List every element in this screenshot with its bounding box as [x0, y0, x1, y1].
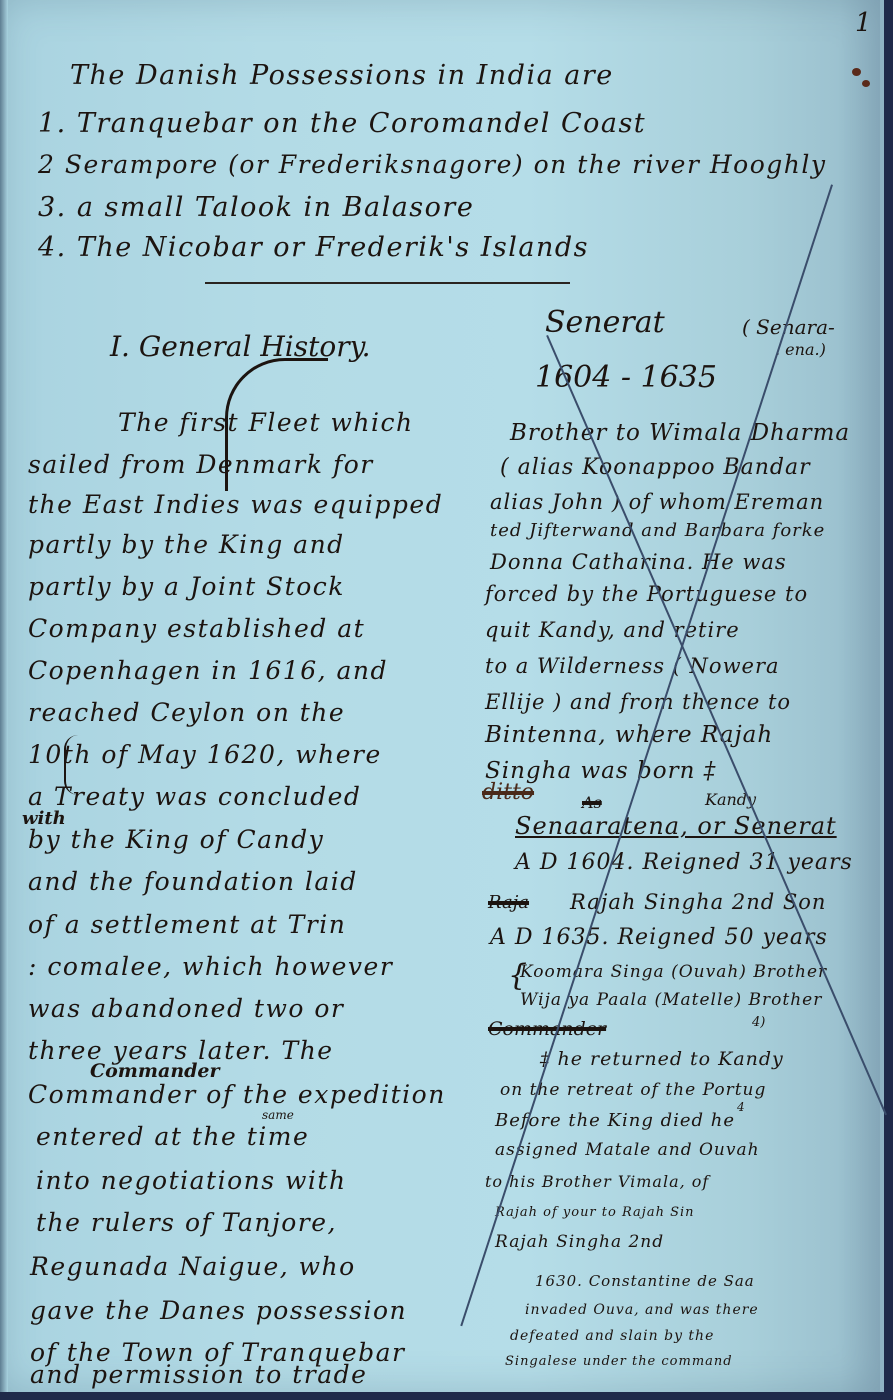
text-line: sailed from Denmark for: [28, 450, 374, 479]
margin-note: 4): [752, 1015, 765, 1030]
reign-years: 1604 - 1635: [535, 360, 717, 395]
inserted-word: Commander: [90, 1060, 220, 1082]
text-line: into negotiations with: [36, 1166, 347, 1195]
text-line: to a Wilderness ( Nowera: [485, 654, 780, 678]
page-left-edge: [0, 0, 8, 1392]
footnote-line: assigned Matale and Ouvah: [495, 1140, 760, 1160]
ruler-name-alt-cont: . ena.): [775, 340, 826, 359]
text-line: quit Kandy, and retire: [485, 618, 740, 642]
text-line: ( alias Koonappoo Bandar: [500, 455, 811, 480]
reign-entry: Koomara Singa (Ouvah) Brother: [520, 962, 827, 982]
reign-entry: Senaaratena, or Senerat: [515, 812, 837, 840]
text-line: a Treaty was concluded: [28, 782, 361, 811]
text-line: ted Jifterwand and Barbara forke: [490, 520, 825, 541]
footnote-line: 1630. Constantine de Saa: [535, 1272, 755, 1290]
possession-item-1: 1. Tranquebar on the Coromandel Coast: [38, 108, 646, 139]
text-line: gave the Danes possession: [30, 1296, 407, 1325]
text-line: alias John ) of whom Ereman: [490, 490, 824, 514]
text-line: and permission to trade: [30, 1360, 367, 1389]
ink-spot: [862, 80, 870, 87]
text-line: Commander of the expedition: [28, 1080, 446, 1109]
struck-word: As: [582, 793, 602, 812]
reign-entry: A D 1635. Reigned 50 years: [490, 925, 828, 950]
text-line: the East Indies was equipped: [28, 490, 443, 519]
text-line: Copenhagen in 1616, and: [28, 656, 388, 685]
possession-item-3: 3. a small Talook in Balasore: [38, 192, 474, 223]
text-line: Brother to Wimala Dharma: [510, 420, 850, 446]
struck-word: ditto: [482, 780, 534, 805]
text-line: Bintenna, where Rajah: [485, 722, 773, 748]
text-line: Company established at: [28, 614, 365, 643]
text-line: Donna Catharina. He was: [490, 550, 787, 574]
struck-word: Raja: [488, 892, 529, 913]
text-line: reached Ceylon on the: [28, 698, 345, 727]
footnote-line: ‡ he returned to Kandy: [540, 1048, 784, 1070]
possession-item-4: 4. The Nicobar or Frederik's Islands: [38, 232, 589, 263]
possession-item-2: 2 Serampore (or Frederiksnagore) on the …: [38, 150, 826, 179]
text-line: partly by a Joint Stock: [28, 572, 345, 601]
margin-note: 4: [737, 1100, 745, 1114]
struck-word: Commander: [488, 1018, 606, 1040]
text-line: : comalee, which however: [28, 952, 393, 981]
page-fold-shadow: [840, 0, 880, 1392]
footnote-line: to his Brother Vimala, of: [485, 1172, 709, 1191]
manuscript-page: 1 The Danish Possessions in India are 1.…: [0, 0, 884, 1392]
footnote-line: invaded Ouva, and was there: [525, 1302, 759, 1318]
section-title: I. General History.: [110, 330, 371, 363]
text-line: partly by the King and: [28, 530, 345, 559]
inserted-word: same: [262, 1108, 294, 1122]
text-line: Ellije ) and from thence to: [485, 690, 791, 714]
footnote-line: defeated and slain by the: [510, 1328, 714, 1344]
page-number: 1: [855, 8, 872, 38]
intro-line: The Danish Possessions in India are: [70, 60, 614, 91]
text-line: The first Fleet which: [118, 408, 414, 437]
text-line: the rulers of Tanjore,: [36, 1208, 337, 1237]
footnote-line: Rajah of your to Rajah Sin: [495, 1205, 695, 1220]
text-line: 10th of May 1620, where: [28, 740, 382, 769]
text-line: of a settlement at Trin: [28, 910, 346, 939]
text-line: and the foundation laid: [28, 867, 358, 896]
ruler-name-heading: Senerat: [545, 305, 665, 340]
footnote-line: Rajah Singha 2nd: [495, 1232, 664, 1252]
divider-rule: [205, 282, 570, 284]
ink-spot: [852, 68, 861, 76]
text-line: Regunada Naigue, who: [30, 1252, 356, 1281]
text-line: entered at the time: [36, 1122, 309, 1151]
text-line: forced by the Portuguese to: [485, 582, 808, 606]
footnote-line: Singalese under the command: [505, 1354, 733, 1369]
text-line: by the King of Candy: [28, 825, 324, 854]
reign-entry: A D 1604. Reigned 31 years: [515, 850, 853, 875]
text-line: was abandoned two or: [28, 994, 344, 1023]
